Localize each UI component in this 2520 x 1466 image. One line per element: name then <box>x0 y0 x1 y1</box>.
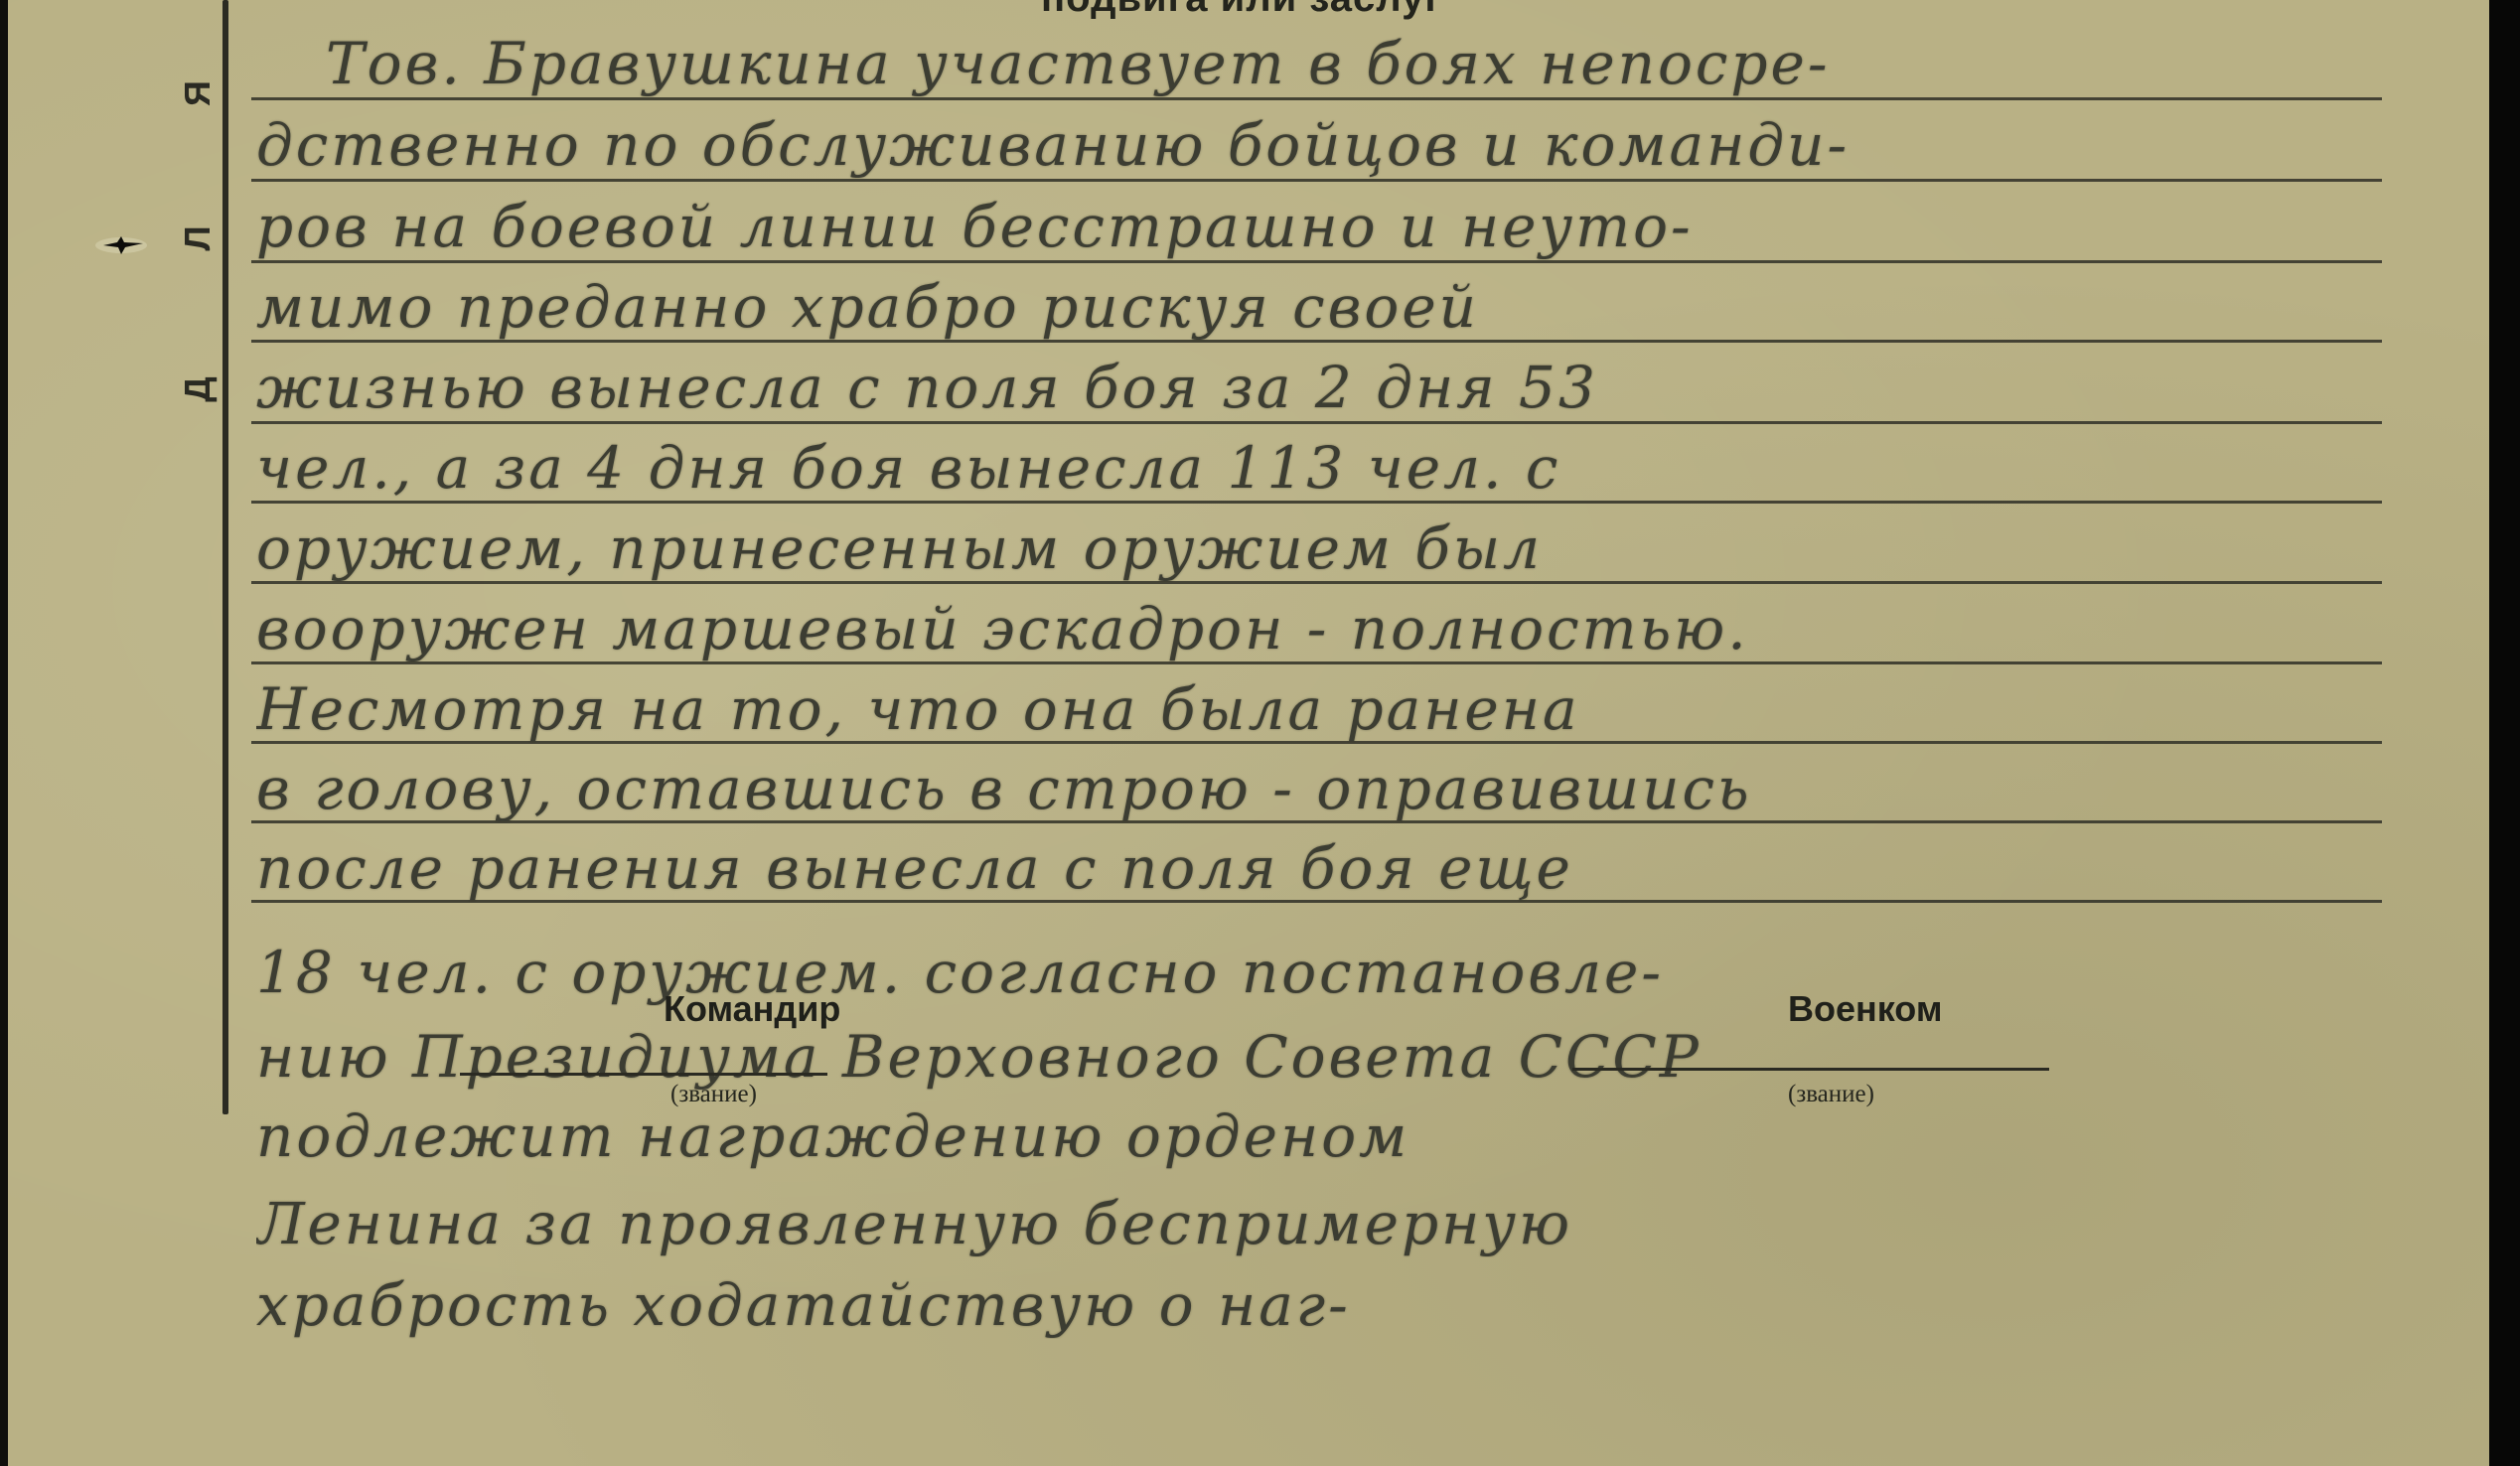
handwritten-line-4: мимо преданно храбро рискуя своей <box>256 273 2501 341</box>
handwritten-line-3: ров на боевой линии бесстрашно и неуто- <box>256 193 2501 260</box>
commander-rank-caption: (звание) <box>670 1081 757 1108</box>
side-label-letter-d: Д <box>178 366 218 412</box>
handwritten-line-9: Несмотря на то, что она была ранена <box>256 675 2501 743</box>
margin-vertical-rule <box>222 0 228 1114</box>
commander-rank-line <box>460 1073 827 1076</box>
scan-border-left <box>0 0 8 1466</box>
commissar-rank-line <box>1572 1068 2049 1071</box>
handwritten-line-16: храбрость ходатайствую о наг- <box>256 1271 2501 1339</box>
handwritten-line-11: после ранения вынесла с поля боя еще <box>256 834 2501 902</box>
ruled-line <box>251 179 2382 182</box>
ruled-line <box>251 421 2382 424</box>
handwritten-line-12: 18 чел. с оружием. согласно постановле- <box>256 939 2501 1006</box>
commander-label: Командир <box>664 988 840 1030</box>
handwritten-line-1: Тов. Бравушкина участвует в боях непосре… <box>326 30 2520 97</box>
handwritten-line-8: вооружен маршевый эскадрон - полностью. <box>256 595 2501 662</box>
handwritten-line-13: нию Президиума Верховного Совета СССР <box>256 1023 2501 1091</box>
handwritten-line-10: в голову, оставшись в строю - оправившис… <box>256 755 2501 822</box>
handwritten-line-14: подлежит награждению орденом <box>256 1102 2501 1170</box>
commissar-rank-caption: (звание) <box>1788 1081 1874 1108</box>
ruled-line <box>251 260 2382 263</box>
handwritten-line-7: оружием, принесенным оружием был <box>256 514 2501 582</box>
side-label-letter-l: Л <box>178 216 218 261</box>
document-paper: подвига или заслуг Д Л Я Тов. Бравушкина… <box>8 0 2489 1466</box>
scan-border-right <box>2489 0 2520 1466</box>
side-label-letter-ya: Я <box>178 71 218 116</box>
section-header: подвига или заслуг <box>1041 0 1442 21</box>
ruled-line <box>251 97 2382 100</box>
handwritten-line-2: дственно по обслуживанию бойцов и команд… <box>256 111 2501 179</box>
handwritten-line-5: жизнью вынесла с поля боя за 2 дня 53 <box>256 354 2501 421</box>
handwritten-line-15: Ленина за проявленную беспримерную <box>256 1190 2501 1257</box>
commissar-label: Военком <box>1788 988 1942 1030</box>
punch-hole-icon <box>93 234 149 256</box>
handwritten-line-6: чел., а за 4 дня боя вынесла 113 чел. с <box>256 434 2501 502</box>
